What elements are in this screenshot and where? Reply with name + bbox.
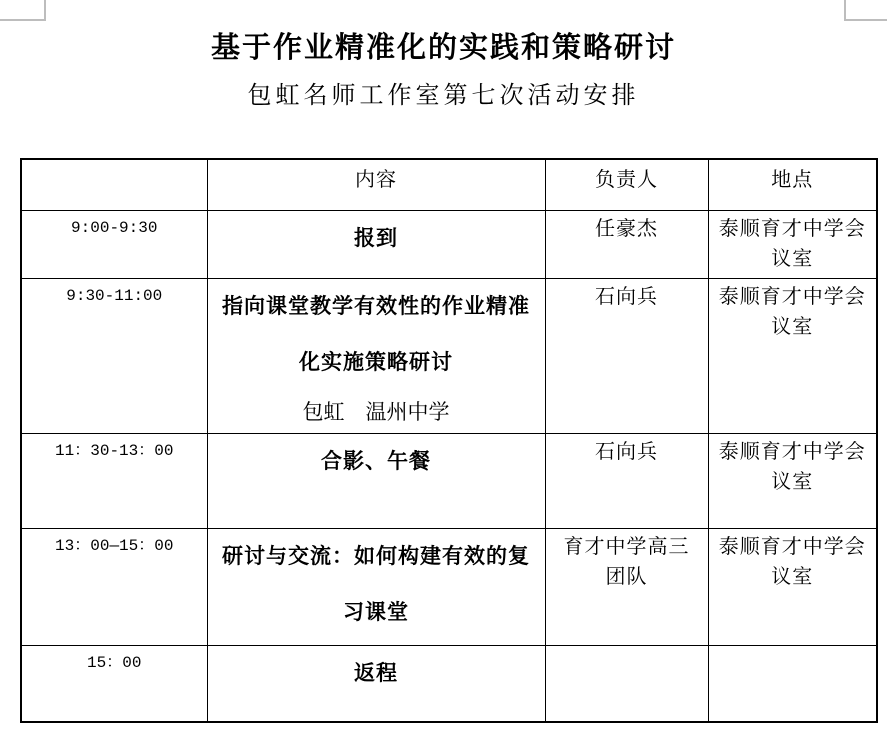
- time-cell: 15：00: [21, 645, 207, 722]
- page-corner-mark-right: [844, 0, 887, 21]
- location-cell: 泰顺育才中学会 议室: [708, 278, 877, 433]
- time-cell: 9:30-11:00: [21, 278, 207, 433]
- activity-text: 返程: [208, 646, 545, 702]
- schedule-table: 内容 负责人 地点 9:00-9:30 报到 任豪杰 泰顺育才中学会 议室 9:…: [20, 158, 878, 723]
- header-leader: 负责人: [545, 159, 708, 210]
- table-row: 13：00—15：00 研讨与交流：如何构建有效的复 习课堂 育才中学高三 团队…: [21, 528, 877, 645]
- document-title: 基于作业精准化的实践和策略研讨: [0, 0, 887, 65]
- page-corner-mark-left: [0, 0, 46, 21]
- content-cell: 返程: [207, 645, 545, 722]
- header-content: 内容: [207, 159, 545, 210]
- content-cell: 报到: [207, 210, 545, 278]
- document-subtitle: 包虹名师工作室第七次活动安排: [0, 81, 887, 111]
- leader-cell: 育才中学高三 团队: [545, 528, 708, 645]
- leader-cell: [545, 645, 708, 722]
- location-cell: 泰顺育才中学会 议室: [708, 433, 877, 528]
- table-header-row: 内容 负责人 地点: [21, 159, 877, 210]
- document-page[interactable]: 基于作业精准化的实践和策略研讨 包虹名师工作室第七次活动安排 内容 负责人 地点…: [0, 0, 887, 735]
- activity-text: 合影、午餐: [208, 434, 545, 490]
- table-row: 15：00 返程: [21, 645, 877, 722]
- time-cell: 9:00-9:30: [21, 210, 207, 278]
- location-cell: [708, 645, 877, 722]
- table-row: 9:00-9:30 报到 任豪杰 泰顺育才中学会 议室: [21, 210, 877, 278]
- leader-cell: 石向兵: [545, 433, 708, 528]
- header-time: [21, 159, 207, 210]
- content-cell: 指向课堂教学有效性的作业精准 化实施策略研讨 包虹 温州中学: [207, 278, 545, 433]
- activity-presenter: 包虹 温州中学: [208, 391, 545, 433]
- time-cell: 13：00—15：00: [21, 528, 207, 645]
- activity-text: 指向课堂教学有效性的作业精准 化实施策略研讨: [208, 279, 545, 391]
- activity-text: 报到: [208, 211, 545, 267]
- leader-cell: 石向兵: [545, 278, 708, 433]
- location-cell: 泰顺育才中学会 议室: [708, 528, 877, 645]
- content-cell: 合影、午餐: [207, 433, 545, 528]
- table-row: 11：30-13：00 合影、午餐 石向兵 泰顺育才中学会 议室: [21, 433, 877, 528]
- time-cell: 11：30-13：00: [21, 433, 207, 528]
- header-location: 地点: [708, 159, 877, 210]
- location-cell: 泰顺育才中学会 议室: [708, 210, 877, 278]
- table-row: 9:30-11:00 指向课堂教学有效性的作业精准 化实施策略研讨 包虹 温州中…: [21, 278, 877, 433]
- activity-text: 研讨与交流：如何构建有效的复 习课堂: [208, 529, 545, 641]
- content-cell: 研讨与交流：如何构建有效的复 习课堂: [207, 528, 545, 645]
- leader-cell: 任豪杰: [545, 210, 708, 278]
